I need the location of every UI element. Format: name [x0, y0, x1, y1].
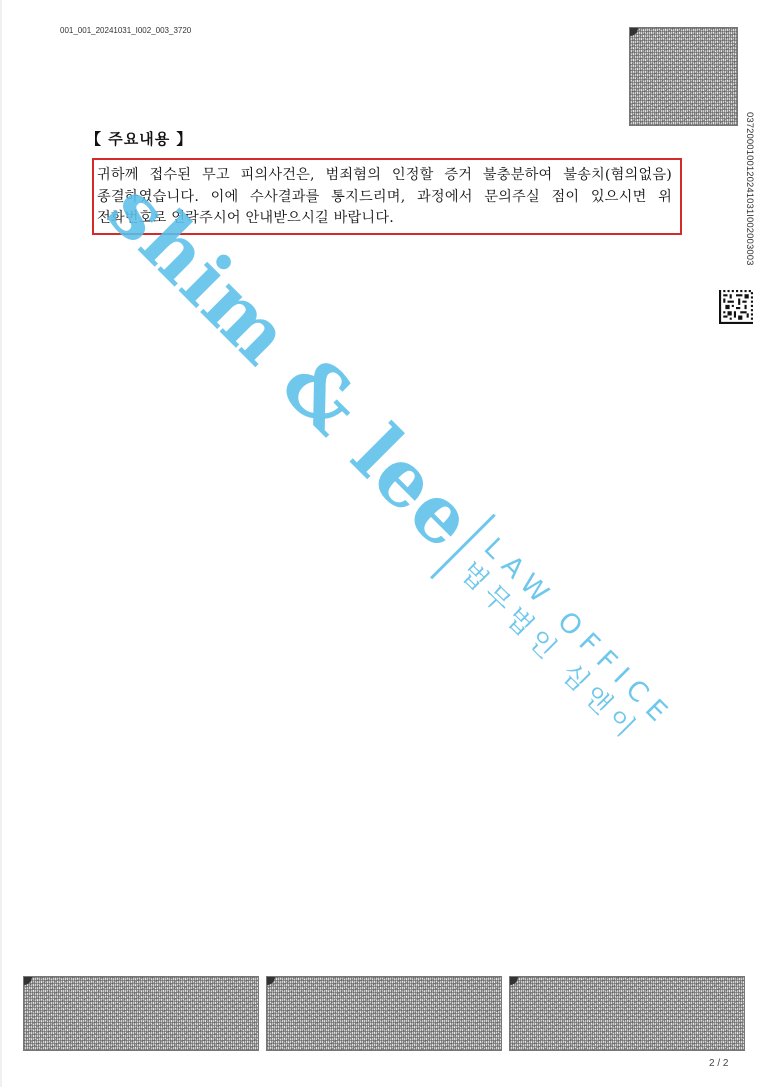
barcode-corner-mark-icon [629, 27, 656, 54]
summary-line: 전화번호로 연락주시어 안내받으시길 바랍니다. [97, 208, 672, 230]
watermark-korean-name: 법무법인 심앤이 [452, 556, 656, 760]
barcode-corner-mark-icon [23, 976, 50, 1003]
2d-barcode-icon [629, 27, 738, 126]
section-title: 【 주요내용 】 [86, 128, 192, 149]
barcode-corner-mark-icon [509, 976, 536, 1003]
vertical-document-id: 0372000100120241031I002003003 [744, 112, 755, 265]
page-number: 2 / 2 [709, 1058, 728, 1069]
law-office-watermark: shim & lee LAW OFFICE 법무법인 심앤이 [86, 170, 685, 769]
page-edge [0, 0, 2, 1087]
document-id: 001_001_20241031_I002_003_3720 [60, 26, 191, 35]
barcode-corner-mark-icon [266, 976, 293, 1003]
summary-line: 귀하께 접수된 무고 피의사건은, 범죄혐의 인정할 증거 불충분하여 불송치(… [97, 165, 672, 187]
watermark-office: LAW OFFICE [476, 532, 680, 736]
highlighted-summary-box: 귀하께 접수된 무고 피의사건은, 범죄혐의 인정할 증거 불충분하여 불송치(… [92, 158, 682, 235]
watermark-divider [430, 514, 496, 580]
2d-barcode-icon [23, 976, 259, 1051]
datamatrix-icon [719, 290, 753, 324]
2d-barcode-icon [509, 976, 745, 1051]
2d-barcode-icon [266, 976, 502, 1051]
summary-line: 종결하였습니다. 이에 수사결과를 통지드리며, 과정에서 문의주실 점이 있으… [97, 187, 672, 209]
